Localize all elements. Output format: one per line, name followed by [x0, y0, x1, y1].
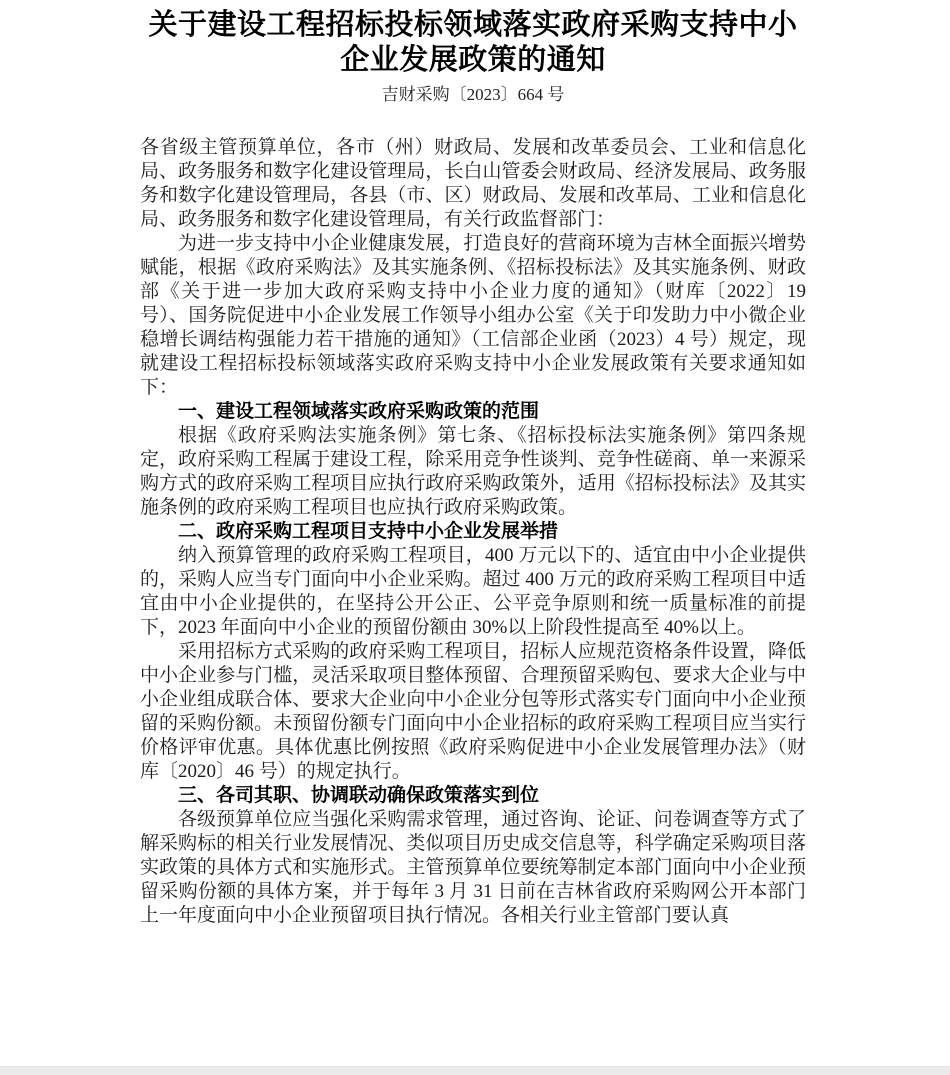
- document-paragraph: 根据《政府采购法实施条例》第七条、《招标投标法实施条例》第四条规定，政府采购工程…: [140, 424, 806, 520]
- document-title-line-2: 企业发展政策的通知: [140, 43, 806, 78]
- section-heading: 一、建设工程领域落实政府采购政策的范围: [140, 400, 806, 424]
- section-heading: 二、政府采购工程项目支持中小企业发展举措: [140, 520, 806, 544]
- document-paragraph: 为进一步支持中小企业健康发展，打造良好的营商环境为吉林全面振兴增势赋能，根据《政…: [140, 232, 806, 400]
- document-paragraph: 采用招标方式采购的政府采购工程项目，招标人应规范资格条件设置，降低中小企业参与门…: [140, 640, 806, 784]
- document-title-line-1: 关于建设工程招标投标领域落实政府采购支持中小: [140, 8, 806, 43]
- document-content: 关于建设工程招标投标领域落实政府采购支持中小 企业发展政策的通知 吉财采购〔20…: [140, 8, 806, 928]
- horizontal-scrollbar[interactable]: [0, 1066, 950, 1075]
- document-page: 关于建设工程招标投标领域落实政府采购支持中小 企业发展政策的通知 吉财采购〔20…: [0, 0, 950, 1075]
- document-paragraph: 纳入预算管理的政府采购工程项目，400 万元以下的、适宜由中小企业提供的，采购人…: [140, 544, 806, 640]
- document-paragraph: 各省级主管预算单位，各市（州）财政局、发展和改革委员会、工业和信息化局、政务服务…: [140, 136, 806, 232]
- document-number: 吉财采购〔2023〕664 号: [140, 85, 806, 105]
- document-title: 关于建设工程招标投标领域落实政府采购支持中小 企业发展政策的通知: [140, 8, 806, 78]
- document-paragraph: 各级预算单位应当强化采购需求管理，通过咨询、论证、问卷调查等方式了解采购标的相关…: [140, 808, 806, 928]
- section-heading: 三、各司其职、协调联动确保政策落实到位: [140, 784, 806, 808]
- document-body: 各省级主管预算单位，各市（州）财政局、发展和改革委员会、工业和信息化局、政务服务…: [140, 136, 806, 928]
